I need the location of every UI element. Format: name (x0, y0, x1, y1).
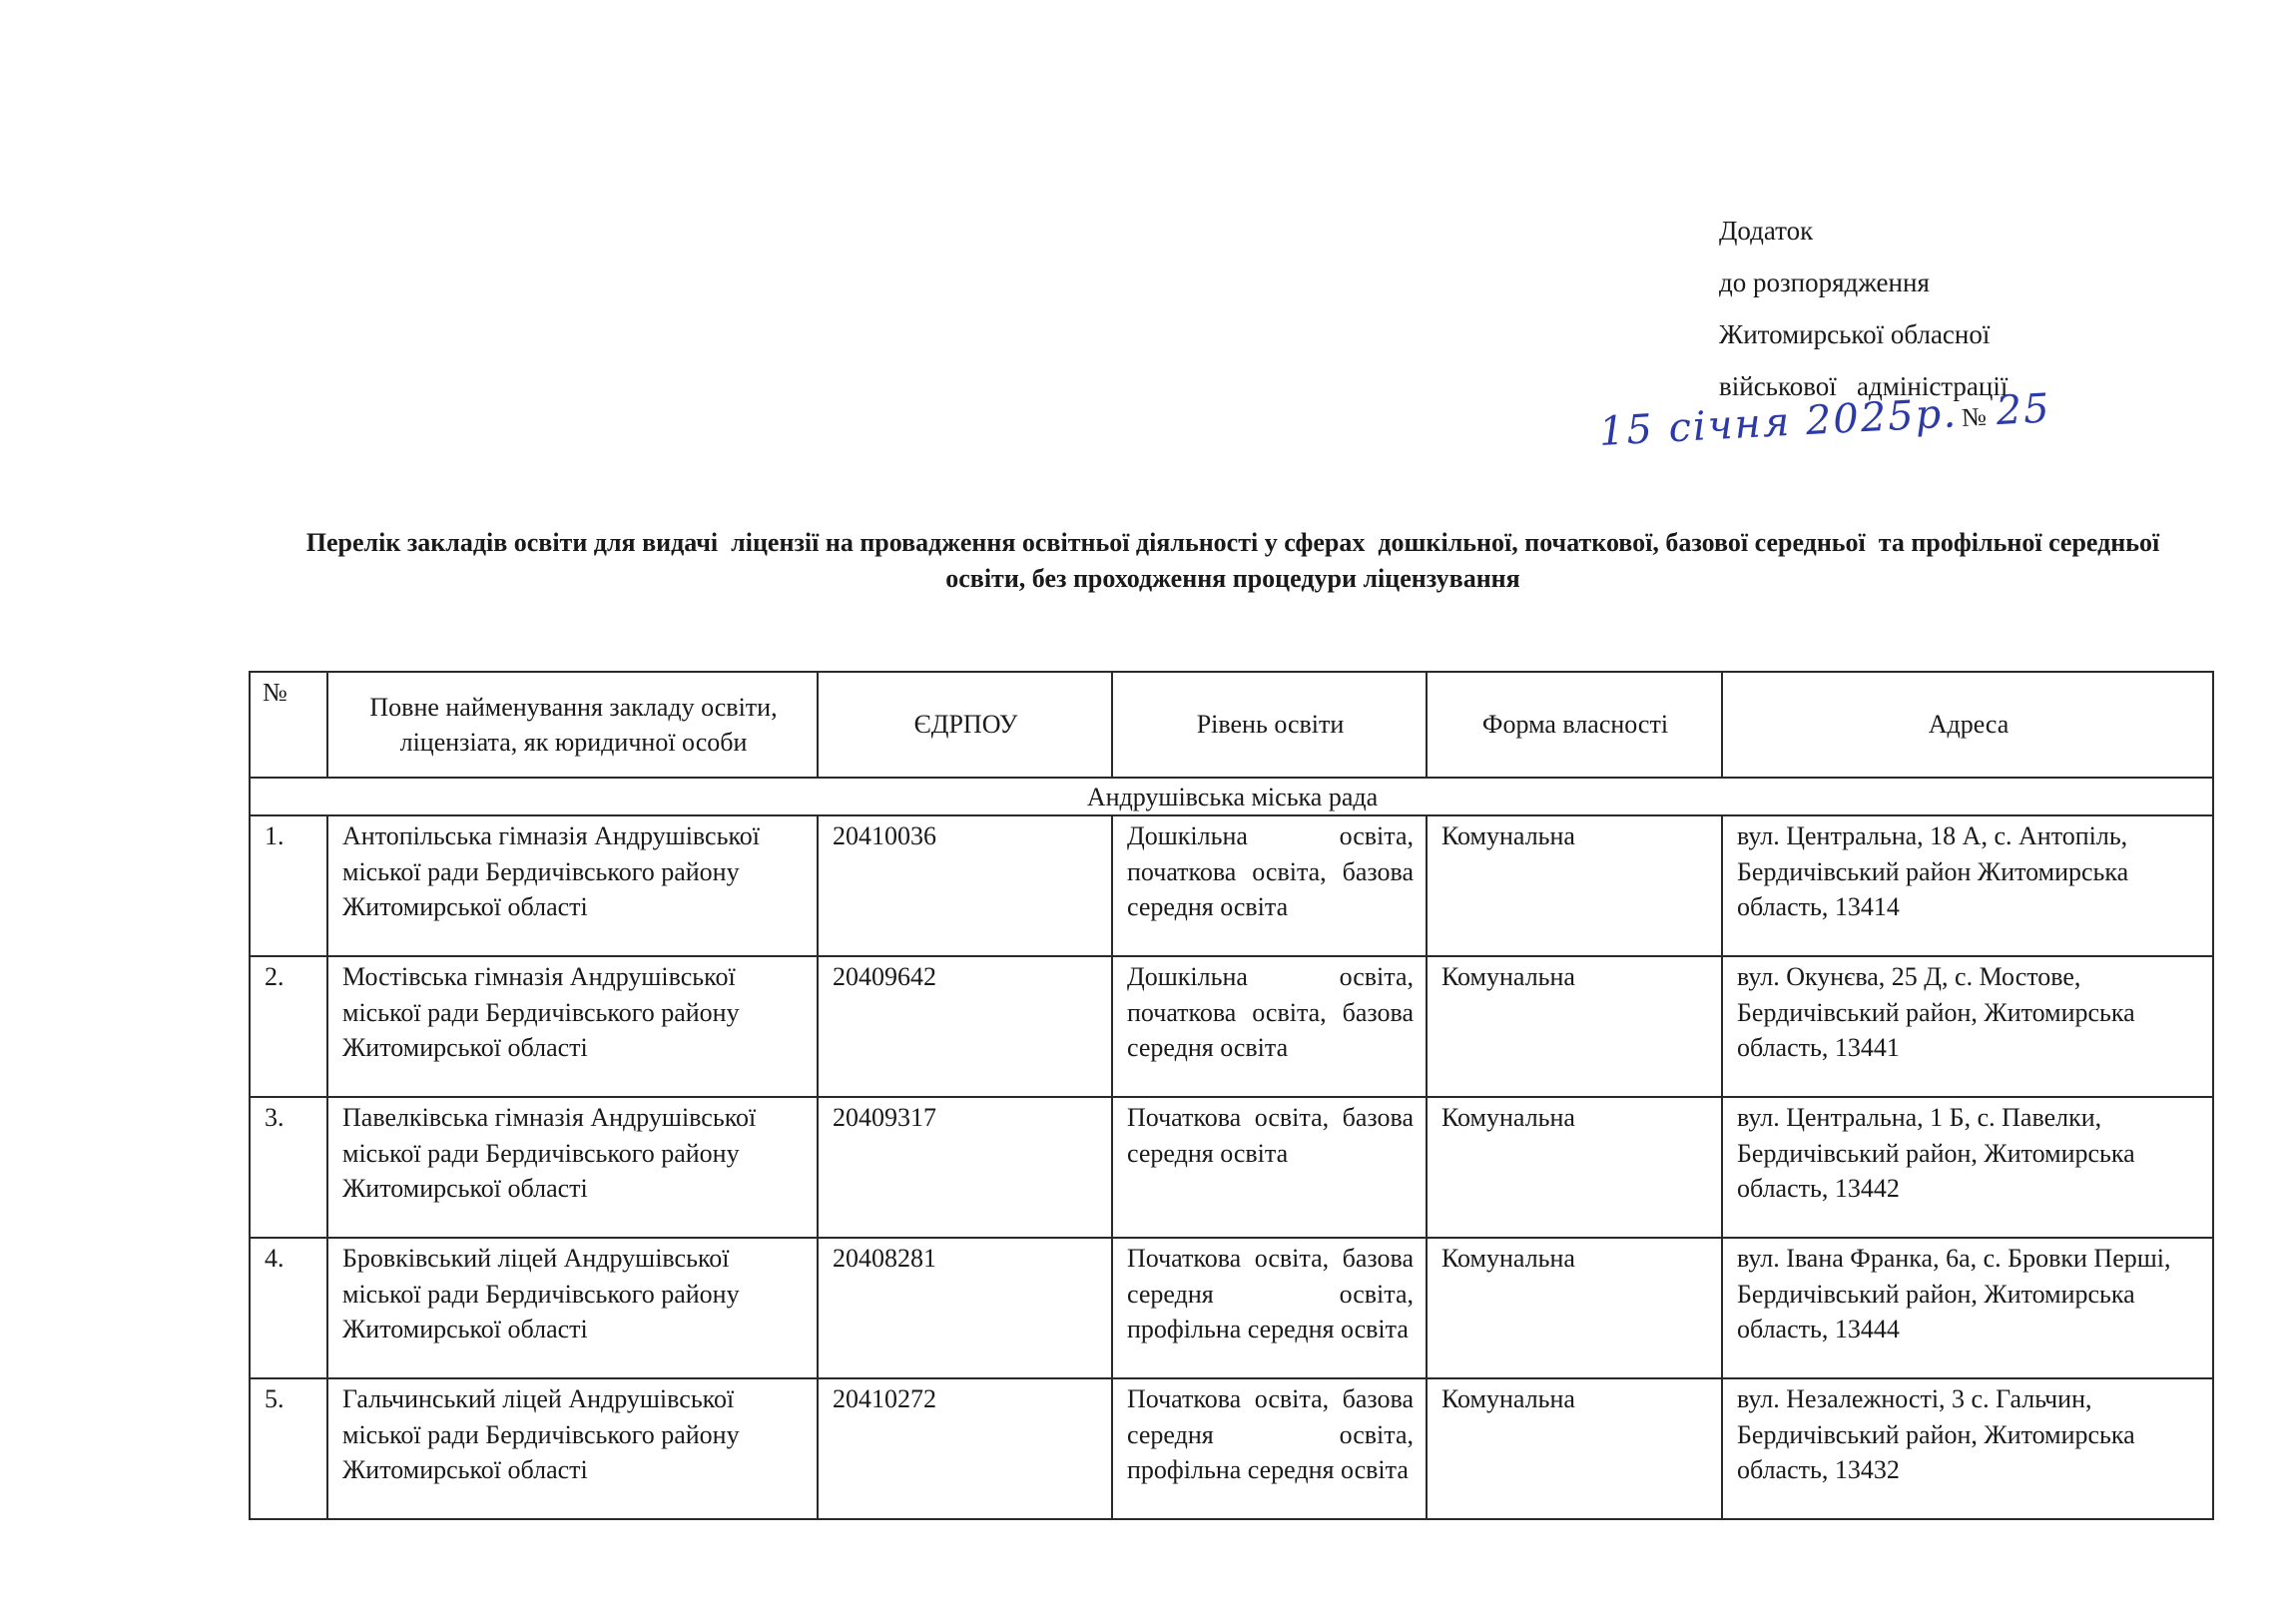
header-address: Адреса (1722, 672, 2213, 778)
ownership-form: Комунальна (1427, 1378, 1722, 1519)
table-row: 2.Мостівська гімназія Андрушівської місь… (250, 956, 2213, 1097)
institution-name: Мостівська гімназія Андрушівської місько… (327, 956, 818, 1097)
row-num: 1. (250, 815, 327, 956)
institution-name: Павелківська гімназія Андрушівської місь… (327, 1097, 818, 1238)
edrpou-code: 20409317 (818, 1097, 1112, 1238)
row-num: 5. (250, 1378, 327, 1519)
ownership-form: Комунальна (1427, 1238, 1722, 1378)
institution-name: Гальчинський ліцей Андрушівської міської… (327, 1378, 818, 1519)
address: вул. Окунєва, 25 Д, с. Мостове, Бердичів… (1722, 956, 2213, 1097)
section-row: Андрушівська міська рада (250, 778, 2213, 815)
row-num: 4. (250, 1238, 327, 1378)
address: вул. Івана Франка, 6а, с. Бровки Перші, … (1722, 1238, 2213, 1378)
table-header-row: № Повне найменування закладу освіти, ліц… (250, 672, 2213, 778)
table-row: 4.Бровківський ліцей Андрушівської міськ… (250, 1238, 2213, 1378)
education-level: Дошкільна освіта, початкова освіта, базо… (1112, 956, 1427, 1097)
appendix-line: до розпорядження (1719, 257, 2008, 308)
table-row: 1.Антопільська гімназія Андрушівської мі… (250, 815, 2213, 956)
row-num: 2. (250, 956, 327, 1097)
ownership-form: Комунальна (1427, 956, 1722, 1097)
ownership-form: Комунальна (1427, 815, 1722, 956)
institutions-table: № Повне найменування закладу освіти, ліц… (249, 671, 2214, 1520)
institution-name: Бровківський ліцей Андрушівської міської… (327, 1238, 818, 1378)
order-number-label: № (1961, 402, 1987, 432)
address: вул. Центральна, 1 Б, с. Павелки, Бердич… (1722, 1097, 2213, 1238)
ownership-form: Комунальна (1427, 1097, 1722, 1238)
document-title: Перелік закладів освіти для видачі ліцен… (270, 525, 2196, 597)
order-year-suffix: р. (1914, 390, 1959, 438)
edrpou-code: 20408281 (818, 1238, 1112, 1378)
education-level: Початкова освіта, базова середня освіта,… (1112, 1378, 1427, 1519)
address: вул. Центральна, 18 А, с. Антопіль, Берд… (1722, 815, 2213, 956)
section-title: Андрушівська міська рада (250, 778, 2213, 815)
edrpou-code: 20409642 (818, 956, 1112, 1097)
appendix-line: Додаток (1719, 205, 2008, 257)
header-ownership: Форма власності (1427, 672, 1722, 778)
header-edrpou: ЄДРПОУ (818, 672, 1112, 778)
institution-name: Антопільська гімназія Андрушівської місь… (327, 815, 818, 956)
order-number: 25 (1995, 385, 2051, 434)
header-level: Рівень освіти (1112, 672, 1427, 778)
address: вул. Незалежності, 3 с. Гальчин, Бердичі… (1722, 1378, 2213, 1519)
order-date: 15 січня 2025 (1598, 392, 1917, 455)
header-name: Повне найменування закладу освіти, ліцен… (327, 672, 818, 778)
header-num: № (250, 672, 327, 778)
appendix-header: Додаток до розпорядження Житомирської об… (1719, 205, 2008, 412)
edrpou-code: 20410272 (818, 1378, 1112, 1519)
edrpou-code: 20410036 (818, 815, 1112, 956)
table-row: 3.Павелківська гімназія Андрушівської мі… (250, 1097, 2213, 1238)
appendix-line: Житомирської обласної (1719, 308, 2008, 360)
education-level: Дошкільна освіта, початкова освіта, базо… (1112, 815, 1427, 956)
row-num: 3. (250, 1097, 327, 1238)
education-level: Початкова освіта, базова середня освіта (1112, 1097, 1427, 1238)
table-row: 5.Гальчинський ліцей Андрушівської міськ… (250, 1378, 2213, 1519)
education-level: Початкова освіта, базова середня освіта,… (1112, 1238, 1427, 1378)
